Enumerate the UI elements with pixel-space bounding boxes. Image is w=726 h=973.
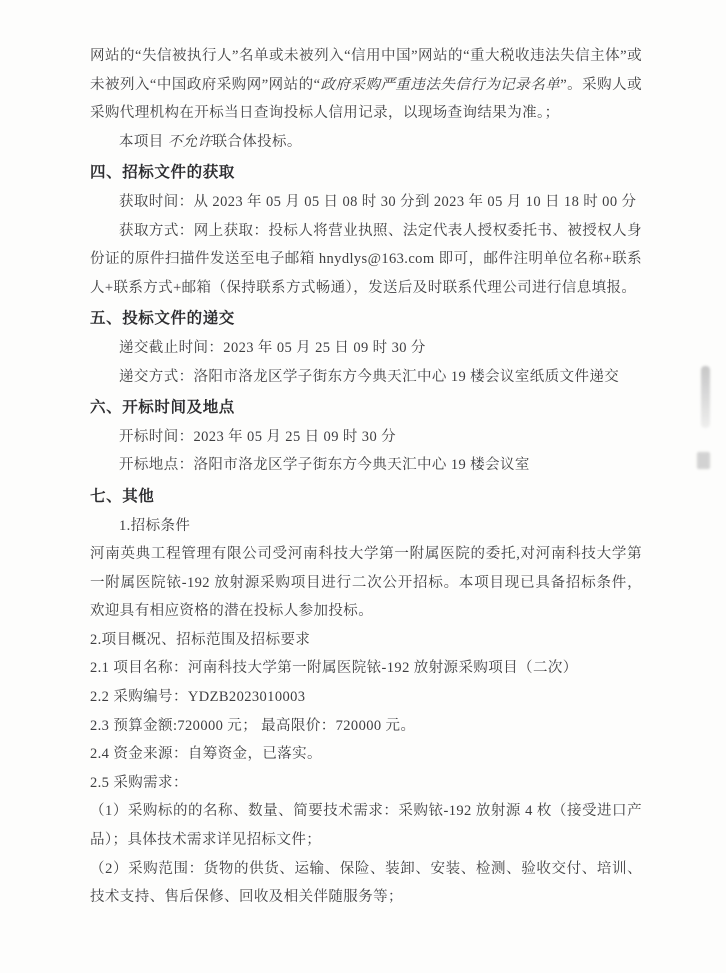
section-7-item-procurement-demand: 2.5 采购需求： <box>90 769 642 798</box>
section-5-submission-deadline: 递交截止时间：2023 年 05 月 25 日 09 时 30 分 <box>90 334 642 363</box>
section-7-item-funding-source: 2.4 资金来源：自筹资金，已落实。 <box>90 740 642 769</box>
section-5-heading: 五、投标文件的递交 <box>90 305 642 334</box>
no-joint-bid-italic: 不允许 <box>168 134 213 150</box>
section-4-obtain-method: 获取方式：网上获取：投标人将营业执照、法定代表人授权委托书、被授权人身份证的原件… <box>90 217 642 303</box>
paragraph-no-joint-bid: 本项目 不允许联合体投标。 <box>90 128 642 157</box>
section-7-item-demand-detail-1: （1）采购标的的名称、数量、简要技术需求：采购铱-192 放射源 4 枚（接受进… <box>90 797 642 854</box>
section-7-item-budget: 2.3 预算金额:720000 元； 最高限价：720000 元。 <box>90 712 642 741</box>
no-joint-bid-suffix: 联合体投标。 <box>212 134 301 150</box>
section-4-heading: 四、招标文件的获取 <box>90 159 642 188</box>
section-4-obtain-time: 获取时间：从 2023 年 05 月 05 日 08 时 30 分到 2023 … <box>90 188 642 217</box>
section-7-item-bid-conditions: 1.招标条件 <box>90 512 642 541</box>
section-7-paragraph-agency-commission: 河南英典工程管理有限公司受河南科技大学第一附属医院的委托,对河南科技大学第一附属… <box>90 540 642 626</box>
document-content: 网站的“失信被执行人”名单或未被列入“信用中国”网站的“重大税收违法失信主体”或… <box>90 42 642 912</box>
credit-check-text-italic: 政府采购严重违法失信行为记录名单 <box>320 77 560 93</box>
section-7-item-project-overview: 2.项目概况、招标范围及招标要求 <box>90 626 642 655</box>
section-7-heading: 七、其他 <box>90 483 642 512</box>
scan-artifact <box>701 366 710 428</box>
section-7-item-project-name: 2.1 项目名称：河南科技大学第一附属医院铱-192 放射源采购项目（二次） <box>90 654 642 683</box>
scan-artifact <box>697 452 710 469</box>
section-6-opening-place: 开标地点：洛阳市洛龙区学子街东方今典天汇中心 19 楼会议室 <box>90 451 642 480</box>
section-6-opening-time: 开标时间：2023 年 05 月 25 日 09 时 30 分 <box>90 423 642 452</box>
scanned-document-page: 网站的“失信被执行人”名单或未被列入“信用中国”网站的“重大税收违法失信主体”或… <box>0 0 726 973</box>
section-6-heading: 六、开标时间及地点 <box>90 394 642 423</box>
section-7-item-demand-detail-2: （2）采购范围：货物的供货、运输、保险、装卸、安装、检测、验收交付、培训、技术支… <box>90 855 642 912</box>
section-7-item-procurement-number: 2.2 采购编号：YDZB2023010003 <box>90 683 642 712</box>
no-joint-bid-prefix: 本项目 <box>119 134 168 150</box>
paragraph-credit-check: 网站的“失信被执行人”名单或未被列入“信用中国”网站的“重大税收违法失信主体”或… <box>90 42 642 128</box>
section-5-submission-method: 递交方式：洛阳市洛龙区学子街东方今典天汇中心 19 楼会议室纸质文件递交 <box>90 363 642 392</box>
